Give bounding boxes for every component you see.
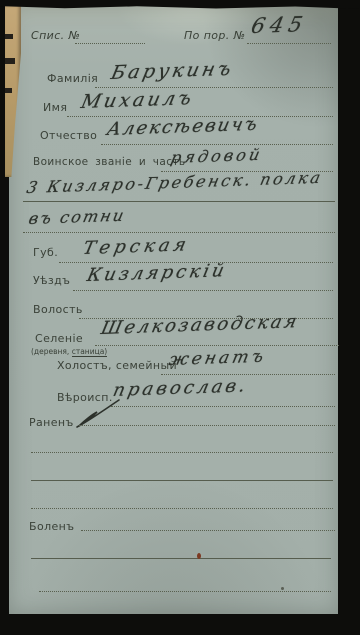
order-number-label: По пор. №: [184, 29, 245, 42]
wounded-label: Раненъ: [29, 416, 74, 429]
settlement-sublabel-stanitsa: станица): [72, 347, 108, 357]
settlement-value-handwritten: Шелкозаводская: [99, 311, 301, 339]
surname-line: [95, 87, 333, 88]
page-edge-tear-mark-1: [5, 34, 13, 39]
marital-status-label: Холостъ, семейный: [57, 359, 177, 372]
unit-value-handwritten: 3 Кизляро-Гребенск. полка: [25, 168, 325, 197]
page-edge-tear-mark-2: [5, 58, 15, 64]
settlement-label: Селеніе: [35, 332, 83, 345]
volost-label: Волость: [33, 303, 83, 316]
firstname-label: Имя: [43, 101, 67, 114]
blank-line-2: [31, 480, 333, 481]
order-number-line: [247, 43, 331, 44]
settlement-sublabel-prefix: (деревня,: [31, 347, 72, 356]
unit-line-3: [23, 232, 335, 233]
list-number-label: Спис. №: [31, 29, 80, 42]
sick-line: [81, 530, 335, 531]
religion-line: [111, 406, 335, 407]
list-number-line: [75, 43, 145, 44]
page-edge-tear-mark-3: [5, 88, 12, 93]
surname-label: Фамилія: [47, 72, 98, 85]
order-number-value-handwritten: 645: [249, 12, 310, 38]
surname-value-handwritten: Барукинъ: [109, 58, 236, 84]
patronymic-value-handwritten: Алексѣевичъ: [105, 114, 261, 140]
patronymic-line: [101, 144, 333, 145]
settlement-sublabel: (деревня, станица): [31, 347, 107, 356]
sick-label: Боленъ: [29, 520, 74, 533]
blank-line-4: [31, 558, 331, 559]
scanned-card-page: Спис. № По пор. № 645 Фамилія Барукинъ И…: [0, 0, 360, 635]
dust-speck: [281, 587, 284, 590]
district-line: [73, 290, 333, 291]
settlement-line: [95, 345, 339, 346]
blank-line-1: [31, 452, 333, 453]
blank-line-3: [31, 508, 333, 509]
sotnia-value-handwritten: въ сотни: [27, 206, 128, 228]
religion-value-handwritten: православ.: [111, 375, 250, 401]
wounded-line: [79, 425, 335, 426]
district-label: Уѣздъ: [33, 274, 70, 287]
unit-line-2: [23, 201, 335, 202]
rank-unit-label: Воинское званіе и часть: [33, 156, 186, 168]
marital-status-value-handwritten: женатъ: [167, 347, 268, 370]
patronymic-label: Отчество: [40, 129, 97, 142]
province-label: Губ.: [33, 246, 58, 259]
rank-value-handwritten: рядовой: [169, 145, 265, 167]
firstname-value-handwritten: Михаилъ: [79, 87, 196, 113]
ink-speck-red: [197, 553, 201, 559]
registration-card: Спис. № По пор. № 645 Фамилія Барукинъ И…: [9, 6, 338, 614]
blank-line-5: [39, 591, 331, 592]
province-value-handwritten: Терская: [81, 234, 192, 259]
district-value-handwritten: Кизлярскій: [85, 260, 229, 286]
